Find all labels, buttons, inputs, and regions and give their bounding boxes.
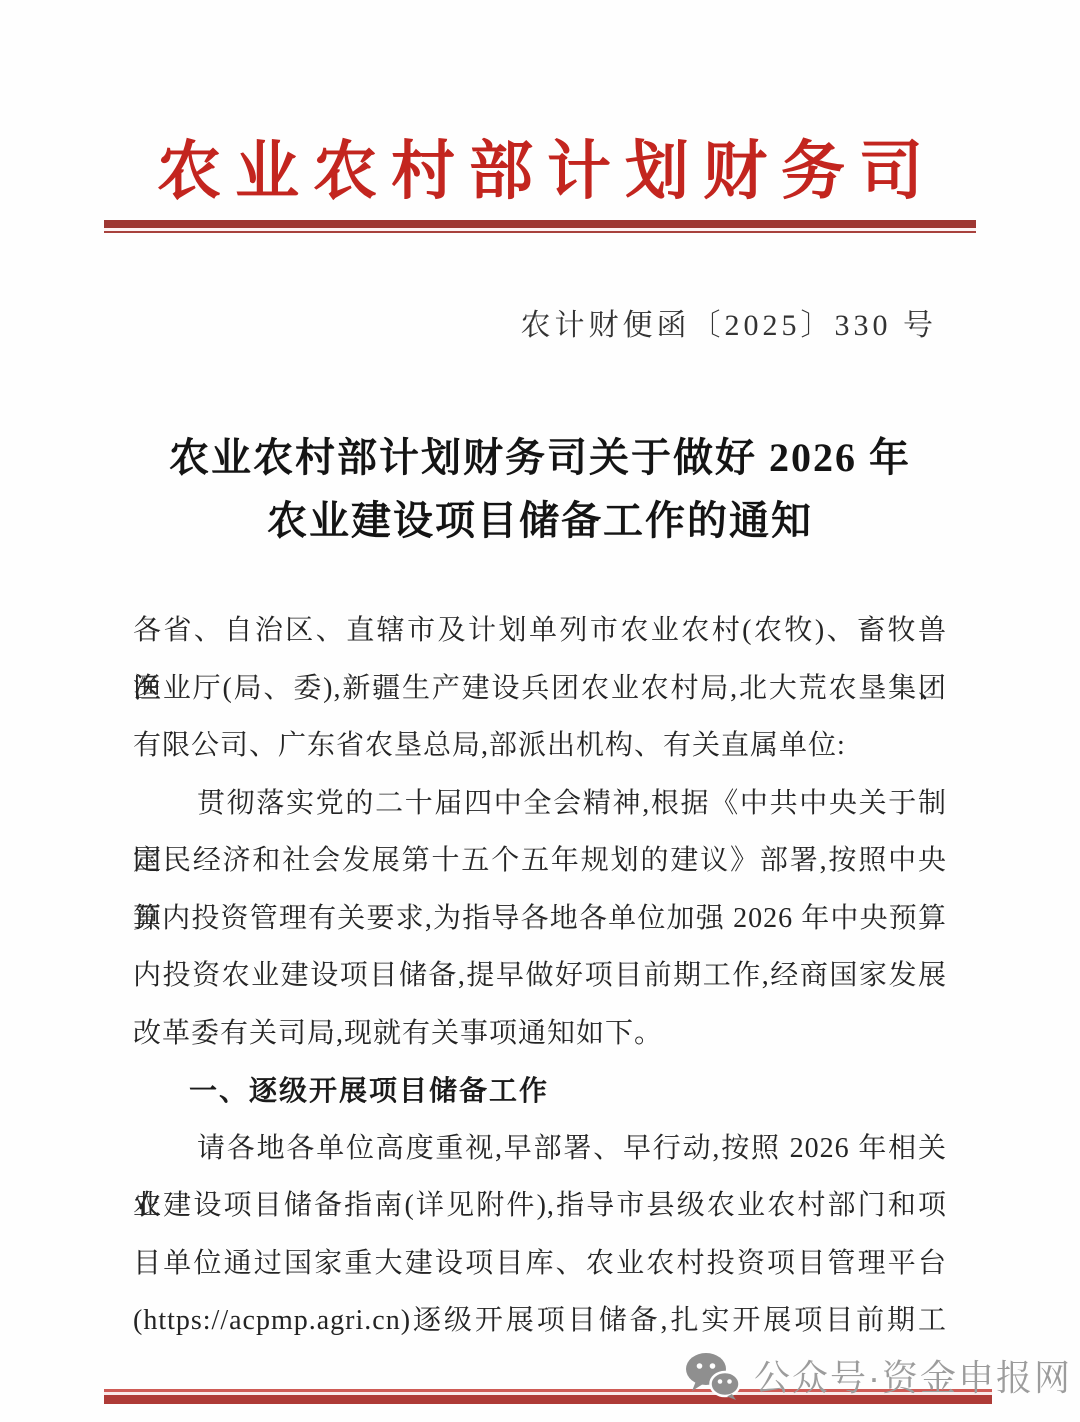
section-heading: 一、逐级开展项目储备工作	[133, 1062, 947, 1120]
document-page: 农业农村部计划财务司 农计财便函〔2025〕330 号 农业农村部计划财务司关于…	[0, 0, 1080, 1422]
letterhead-divider-thin-line	[104, 231, 976, 233]
wechat-icon	[684, 1352, 742, 1400]
body-line: 内投资农业建设项目储备,提早做好项目前期工作,经商国家发展	[133, 947, 947, 1005]
body-line: (https://acpmp.agri.cn)逐级开展项目储备,扎实开展项目前期…	[133, 1292, 947, 1350]
body-line: 业建设项目储备指南(详见附件),指导市县级农业农村部门和项	[133, 1177, 947, 1235]
document-body: 各省、自治区、直辖市及计划单列市农业农村(农牧)、畜牧兽医、 渔业厅(局、委),…	[133, 602, 947, 1350]
body-line: 渔业厅(局、委),新疆生产建设兵团农业农村局,北大荒农垦集团	[133, 660, 947, 718]
document-number: 农计财便函〔2025〕330 号	[521, 300, 938, 344]
watermark-text: 公众号·资金申报网	[754, 1350, 1072, 1401]
document-title-line-2: 农业建设项目储备工作的通知	[0, 489, 1080, 552]
document-title-line-1: 农业农村部计划财务司关于做好 2026 年	[0, 426, 1080, 489]
watermark: 公众号·资金申报网	[684, 1350, 1072, 1401]
body-line: 各省、自治区、直辖市及计划单列市农业农村(农牧)、畜牧兽医、	[133, 602, 947, 660]
body-line: 有限公司、广东省农垦总局,部派出机构、有关直属单位:	[133, 717, 947, 775]
body-line: 贯彻落实党的二十届四中全会精神,根据《中共中央关于制定	[133, 775, 947, 833]
letterhead-divider	[104, 220, 976, 233]
body-line: 算内投资管理有关要求,为指导各地各单位加强 2026 年中央预算	[133, 890, 947, 948]
document-title: 农业农村部计划财务司关于做好 2026 年 农业建设项目储备工作的通知	[0, 426, 1080, 552]
letterhead-org-title: 农业农村部计划财务司	[0, 120, 1080, 212]
body-line: 目单位通过国家重大建设项目库、农业农村投资项目管理平台	[133, 1235, 947, 1293]
body-line: 改革委有关司局,现就有关事项通知如下。	[133, 1005, 947, 1063]
body-line: 请各地各单位高度重视,早部署、早行动,按照 2026 年相关农	[133, 1120, 947, 1178]
letterhead-divider-thick-line	[104, 220, 976, 228]
body-line: 国民经济和社会发展第十五个五年规划的建议》部署,按照中央预	[133, 832, 947, 890]
